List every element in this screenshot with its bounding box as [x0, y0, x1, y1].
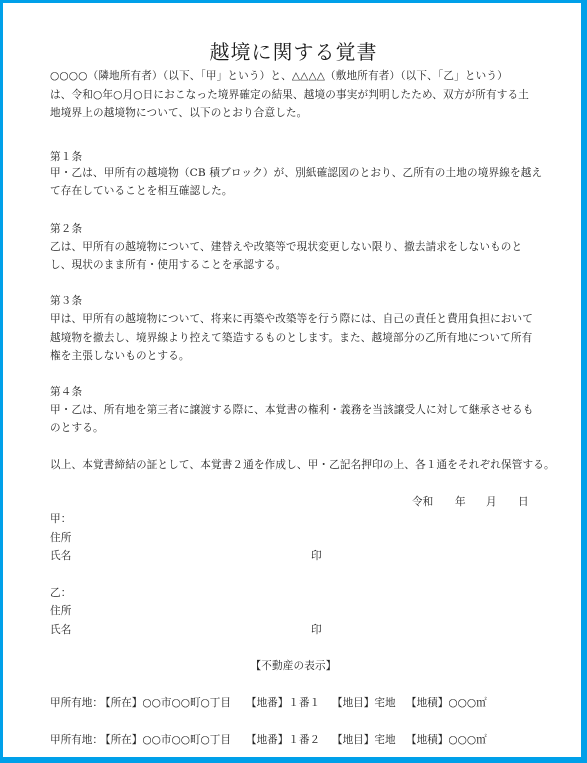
intro-line: 地境界上の越境物について、以下のとおり合意した。 — [50, 106, 307, 120]
property-land-category: 【地目】宅地 — [332, 733, 396, 747]
article-4-line: のとする。 — [50, 421, 104, 435]
property-area: 【地積】○○○㎡ — [406, 696, 487, 710]
article-2-line: 乙は、甲所有の越境物について、建替えや改築等で現状変更しない限り、撤去請求をしな… — [50, 240, 522, 254]
party-a-seal: 印 — [311, 549, 322, 563]
article-3-line: 権を主張しないものとする。 — [50, 349, 190, 363]
party-a-address-label: 住所 — [50, 531, 72, 545]
property-land-category: 【地目】宅地 — [332, 696, 396, 710]
article-3-heading: 第３条 — [50, 294, 82, 308]
closing-statement: 以上、本覚書締結の証として、本覚書２通を作成し、甲・乙記名押印の上、各１通をそれ… — [50, 458, 555, 472]
property-location: 【所在】○○市○○町○丁目 — [100, 696, 231, 710]
article-4-heading: 第４条 — [50, 385, 82, 399]
date-era: 令和 — [412, 495, 433, 509]
article-2-line: し、現状のまま所有・使用することを承認する。 — [50, 258, 286, 272]
property-owner: 甲所有地： — [50, 696, 103, 710]
article-2-heading: 第２条 — [50, 222, 82, 236]
property-lot-number: 【地番】１番２ — [246, 733, 320, 747]
signature-date: 令和 年 月 日 — [0, 495, 587, 509]
property-lot-number: 【地番】１番１ — [246, 696, 320, 710]
date-month: 月 — [486, 495, 497, 509]
article-1-line: 甲・乙は、甲所有の越境物（CB 積ブロック）が、別紙確認図のとおり、乙所有の土地… — [50, 166, 542, 180]
party-b-address-label: 住所 — [50, 604, 72, 618]
party-b-label: 乙： — [50, 586, 72, 600]
date-day: 日 — [518, 495, 529, 509]
article-3-line: 甲は、甲所有の越境物について、将来に再築や改築等を行う際には、自己の責任と費用負… — [50, 312, 533, 326]
intro-line: ○○○○（隣地所有者）（以下、「甲」という）と、△△△△（敷地所有者）（以下、「… — [50, 69, 508, 83]
article-1-line: て存在していることを相互確認した。 — [50, 184, 233, 198]
party-a-name-label: 氏名 — [50, 549, 72, 563]
article-3-line: 越境物を撤去し、境界線より控えて築造するものとします。また、越境部分の乙所有地に… — [50, 331, 532, 345]
property-area: 【地積】○○○㎡ — [406, 733, 487, 747]
property-heading: 【不動産の表示】 — [0, 659, 587, 673]
property-location: 【所在】○○市○○町○丁目 — [100, 733, 231, 747]
property-owner: 甲所有地： — [50, 733, 103, 747]
document-page: 越境に関する覚書 ○○○○（隣地所有者）（以下、「甲」という）と、△△△△（敷地… — [0, 0, 587, 763]
article-4-line: 甲・乙は、所有地を第三者に譲渡する際に、本覚書の権利・義務を当該譲受人に対して継… — [50, 403, 533, 417]
date-year: 年 — [455, 495, 466, 509]
intro-line: は、令和○年○月○日におこなった境界確定の結果、越境の事実が判明したため、双方が… — [50, 88, 529, 102]
party-b-seal: 印 — [311, 623, 322, 637]
article-1-heading: 第１条 — [50, 150, 82, 164]
party-b-name-label: 氏名 — [50, 623, 72, 637]
document-title: 越境に関する覚書 — [0, 40, 587, 64]
party-a-label: 甲： — [50, 512, 72, 526]
